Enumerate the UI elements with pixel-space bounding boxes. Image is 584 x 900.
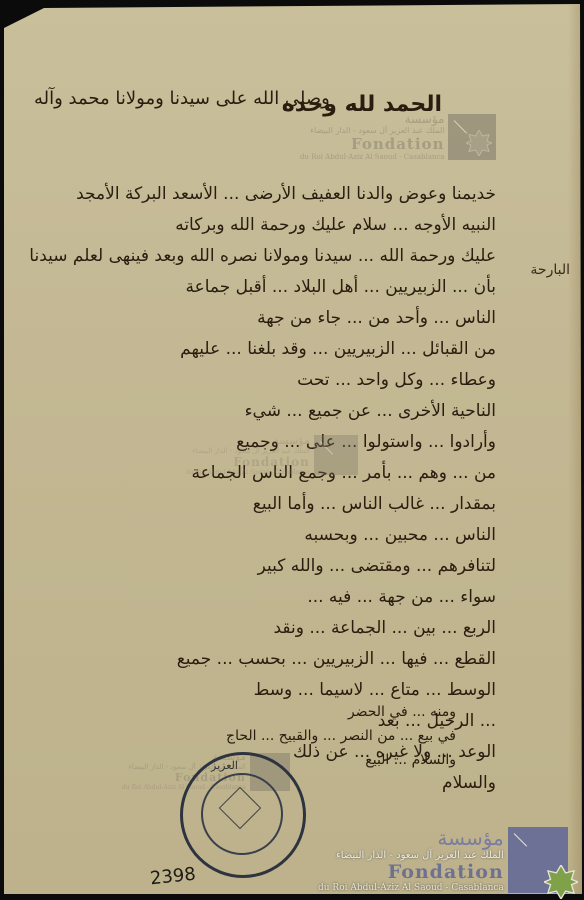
foundation-watermark: مؤسسة الملك عبد العزيز آل سعود - الدار ا… xyxy=(318,826,568,893)
header-blessing: وصلى الله على سيدنا ومولانا محمد وآله xyxy=(34,88,330,109)
postscript-line: في بيع ... من النصر ... والقبيح ... الحا… xyxy=(36,724,456,748)
watermark-top: مؤسسة الملك عبد العزيز آل سعود - الدار ا… xyxy=(300,112,496,161)
foundation-logo-icon xyxy=(448,114,496,160)
watermark-arabic-title: مؤسسة xyxy=(273,434,310,447)
watermark-middle: مؤسسة الملك عبد العزيز آل سعود - الدار ا… xyxy=(186,434,358,476)
foundation-logo-icon xyxy=(314,435,358,475)
body-line: خديمنا وعوض والدنا العفيف الأرضى ... الأ… xyxy=(26,179,496,210)
watermark-french-subtitle: du Roi Abdul-Aziz Al Saoud - Casablanca xyxy=(300,153,444,161)
official-seal: العزيز xyxy=(180,752,306,878)
body-line: عليك ورحمة الله ... سيدنا ومولانا نصره ا… xyxy=(26,241,496,272)
watermark-french-subtitle: du Roi Abdul-Aziz Al Saoud - Casablanca xyxy=(318,883,504,893)
watermark-french-subtitle: du Roi Abdul-Aziz Al Saoud - Casablanca xyxy=(186,469,310,476)
body-line: بأن ... الزبيريين ... أهل البلاد ... أقب… xyxy=(26,272,496,303)
body-line: وعطاء ... وكل واحد ... تحت xyxy=(26,365,496,396)
body-line: الربع ... بين ... الجماعة ... ونقد xyxy=(26,613,496,644)
body-line: الناس ... محبين ... وبحسبه xyxy=(26,520,496,551)
watermark-arabic-subtitle: الملك عبد العزيز آل سعود - الدار البيضاء xyxy=(336,850,504,861)
star-icon xyxy=(466,130,492,156)
postscript-line: ومنه ... في الحضر xyxy=(36,700,456,724)
body-line: القطع ... فيها ... الزبيريين ... بحسب ..… xyxy=(26,644,496,675)
seal-diamond-icon xyxy=(219,787,261,829)
green-star-icon xyxy=(544,865,578,899)
watermark-arabic-title: مؤسسة xyxy=(437,826,503,850)
body-line: لتنافرهم ... ومقتضى ... والله كبير xyxy=(26,551,496,582)
body-line: من القبائل ... الزبيريين ... وقد بلغنا .… xyxy=(26,334,496,365)
foundation-logo-icon xyxy=(508,827,568,893)
watermark-arabic-subtitle: الملك عبد العزيز آل سعود - الدار البيضاء xyxy=(310,126,444,135)
seal-text: العزيز xyxy=(211,759,238,772)
manuscript-page: الحمد لله وحده وصلى الله على سيدنا ومولا… xyxy=(4,4,582,894)
watermark-french-title: Fondation xyxy=(388,861,504,883)
watermark-arabic-title: مؤسسة xyxy=(405,112,445,126)
watermark-french-title: Fondation xyxy=(351,135,445,153)
body-line: الناحية الأخرى ... عن جميع ... شيء xyxy=(26,396,496,427)
body-line: النبيه الأوجه ... سلام عليك ورحمة الله و… xyxy=(26,210,496,241)
archive-reference-number: 2398 xyxy=(149,864,197,890)
margin-note: البارحة xyxy=(530,262,570,278)
body-line: بمقدار ... غالب الناس ... وأما البيع xyxy=(26,489,496,520)
watermark-french-title: Fondation xyxy=(233,455,310,469)
watermark-arabic-subtitle: الملك عبد العزيز آل سعود - الدار البيضاء xyxy=(192,447,309,455)
body-line: الناس ... وأحد من ... جاء من جهة xyxy=(26,303,496,334)
body-line: سواء ... من جهة ... فيه ... xyxy=(26,582,496,613)
